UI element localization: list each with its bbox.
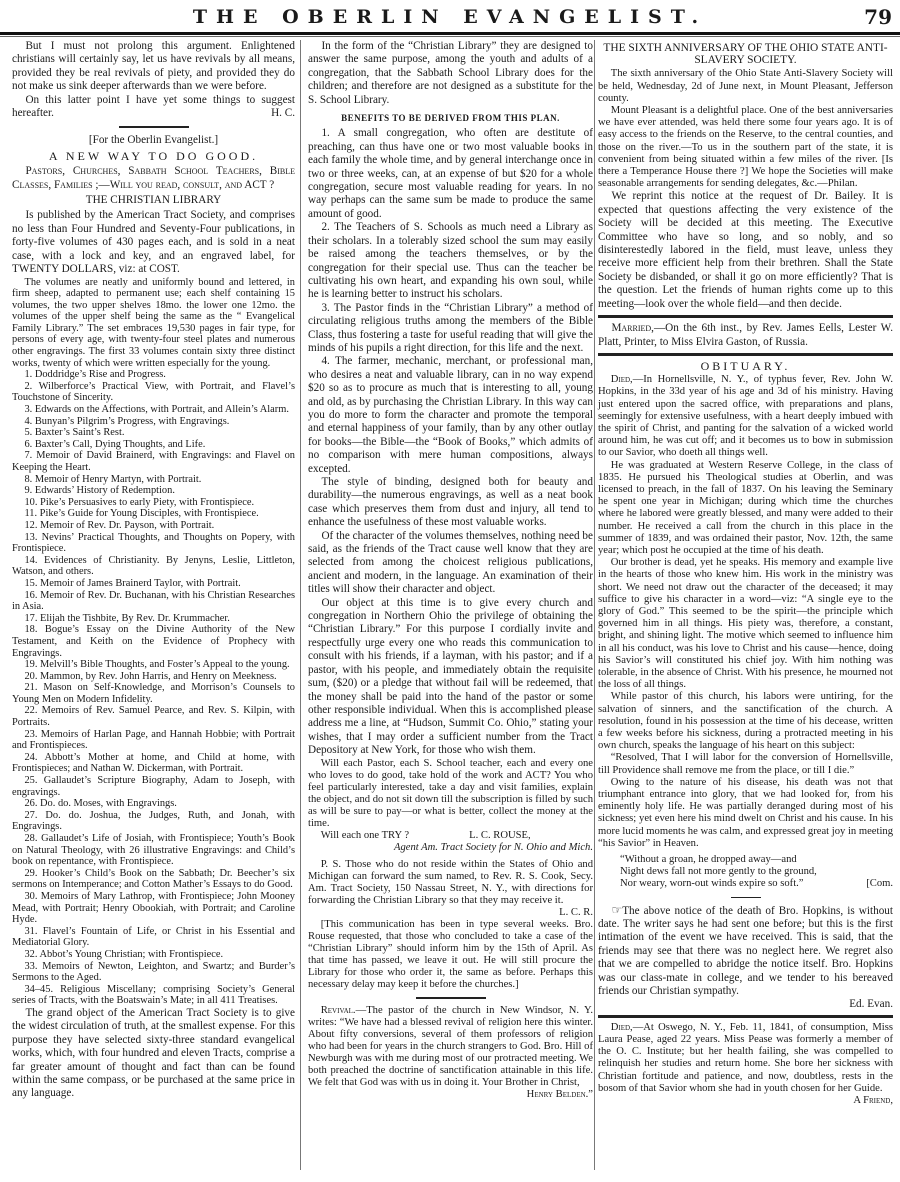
book-list-item: 28. Gallaudet’s Life of Josiah, with Fro… [12,833,295,868]
masthead-rule-thin [0,36,900,37]
poem-line: Nor weary, worn-out winds expire so soft… [620,878,893,890]
book-list-item: 9. Edwards’ History of Redemption. [12,485,295,497]
poem-quote: “Without a groan, he dropped away—and Ni… [620,854,893,891]
column-3: THE SIXTH ANNIVERSARY OF THE OHIO STATE … [598,40,893,1107]
revival-notice: Revival.—The pastor of the church in New… [308,1005,593,1089]
newspaper-title: THE OBERLIN EVANGELIST. [0,6,900,28]
book-list-item: 21. Mason on Self-Knowledge, and Morriso… [12,682,295,705]
book-list-item: 29. Hooker’s Child’s Book on the Sabbath… [12,868,295,891]
article-paragraph: Of the character of the volumes themselv… [308,530,593,597]
section-rule [598,353,893,356]
try-line: Will each one TRY ?L. C. ROUSE, [308,830,593,842]
poem-credit: [Com. [866,878,893,890]
article-paragraph: The grand object of the American Tract S… [12,1007,295,1101]
book-list-item: 31. Flavel’s Fountain of Life, or Christ… [12,926,295,949]
signature: Henry Belden.” [308,1089,593,1101]
section-rule [416,997,486,999]
obituary-paragraph: Our brother is dead, yet he speaks. His … [598,557,893,691]
book-list-item: 19. Melvill’s Bible Thoughts, and Foster… [12,659,295,671]
poem-line: Night dews fall not more gently to the g… [620,866,893,878]
signature: L. C. R. [308,907,593,919]
marriage-notice: Married,—On the 6th inst., by Rev. James… [598,322,893,349]
book-list-item: 23. Memoirs of Harlan Page, and Hannah H… [12,729,295,752]
column-divider [300,40,301,1170]
book-list-item: 22. Memoirs of Rev. Samuel Pearce, and R… [12,705,295,728]
article-headline: A NEW WAY TO DO GOOD. [12,150,295,163]
book-list-item: 26. Do. do. Moses, with Engravings. [12,798,295,810]
obituary-paragraph: He was graduated at Western Reserve Coll… [598,460,893,558]
obituary-heading: OBITUARY. [598,360,893,372]
poem-line: “Without a groan, he dropped away—and [620,854,893,866]
book-list-item: 18. Bogue’s Essay on the Divine Authorit… [12,624,295,659]
section-rule [598,315,893,318]
pointing-hand-icon: ☞ [611,903,622,917]
book-list-item: 27. Do. do. Joshua, the Judges, Ruth, an… [12,810,295,833]
book-list-item: 24. Abbott’s Mother at home, and Child a… [12,752,295,775]
section-rule [119,126,189,128]
obituary-paragraph: Owing to the nature of his disease, his … [598,777,893,850]
book-list-item: 16. Memoir of Rev. Dr. Buchanan, with hi… [12,590,295,613]
book-list-item: 1. Doddridge’s Rise and Progress. [12,369,295,381]
article-paragraph: Mount Pleasant is a delightful place. On… [598,105,893,190]
article-paragraph: The sixth anniversary of the Ohio State … [598,68,893,105]
book-list-item: 12. Memoir of Rev. Dr. Payson, with Port… [12,520,295,532]
book-list-item: 8. Memoir of Henry Martyn, with Portrait… [12,474,295,486]
book-list-item: 10. Pike’s Persuasives to early Piety, w… [12,497,295,509]
column-1: But I must not prolong this argument. En… [12,40,295,1101]
benefit-item: 1. A small congregation, who often are d… [308,127,593,221]
obituary-paragraph: “Resolved, That I will labor for the con… [598,752,893,776]
section-rule [731,897,761,898]
section-rule [598,1015,893,1018]
article-paragraph: But I must not prolong this argument. En… [12,40,295,94]
column-2: In the form of the “Christian Library” t… [308,40,593,1101]
book-list-item: 5. Baxter’s Saint’s Rest. [12,427,295,439]
signer-name: L. C. ROUSE, [469,830,531,841]
editor-note: ☞The above notice of the death of Bro. H… [598,904,893,999]
book-list-item: 14. Evidences of Christianity. By Jenyns… [12,555,295,578]
benefit-item: 4. The farmer, mechanic, merchant, or pr… [308,355,593,476]
death-notice: Died,—At Oswego, N. Y., Feb. 11, 1841, o… [598,1022,893,1095]
obituary-paragraph: While pastor of this church, his labors … [598,691,893,752]
column-divider [594,40,595,1170]
postscript: P. S. Those who do not reside within the… [308,859,593,907]
masthead-rule [0,32,900,35]
book-list-item: 2. Wilberforce’s Practical View, with Po… [12,381,295,404]
masthead: THE OBERLIN EVANGELIST. 79 [0,0,900,34]
signature: H. C. [258,107,295,120]
book-list-item: 13. Nevins’ Practical Thoughts, and Thou… [12,532,295,555]
page-number: 79 [864,5,892,29]
attribution-line: [For the Oberlin Evangelist.] [12,134,295,147]
book-list-item: 15. Memoir of James Brainerd Taylor, wit… [12,578,295,590]
article-paragraph: Will each Pastor, each S. School teacher… [308,758,593,830]
book-list-item: 11. Pike’s Guide for Young Disciples, wi… [12,508,295,520]
obituary-paragraph: Died,—In Hornellsville, N. Y., of typhus… [598,374,893,459]
book-list-item: 3. Edwards on the Affections, with Portr… [12,404,295,416]
article-subhead: THE CHRISTIAN LIBRARY [12,194,295,207]
book-list-item: 17. Elijah the Tishbite, By Rev. Dr. Kru… [12,613,295,625]
section-heading: BENEFITS TO BE DERIVED FROM THIS PLAN. [308,112,593,125]
book-list-item: 6. Baxter’s Call, Dying Thoughts, and Li… [12,439,295,451]
signature: Ed. Evan. [598,998,893,1010]
editor-note: [This communication has been in type sev… [308,919,593,991]
book-list-item: 7. Memoir of David Brainerd, with Engrav… [12,450,295,473]
book-list-item: 4. Bunyan’s Pilgrim’s Progress, with Eng… [12,416,295,428]
book-list-item: 30. Memoirs of Mary Lathrop, with Fronti… [12,891,295,926]
benefit-item: 3. The Pastor finds in the “Christian Li… [308,302,593,356]
signature: A Friend, [598,1095,893,1107]
book-list-item: 34–45. Religious Miscellany; comprising … [12,984,295,1007]
article-paragraph: On this latter point I have yet some thi… [12,94,295,121]
book-list-item: 33. Memoirs of Newton, Leighton, and Swa… [12,961,295,984]
book-list-item: 20. Mammon, by Rev. John Harris, and Hen… [12,671,295,683]
address-line: Pastors, Churches, Sabbath School Teache… [12,165,295,192]
article-paragraph: The style of binding, designed both for … [308,476,593,530]
article-paragraph: Is published by the American Tract Socie… [12,209,295,276]
article-paragraph: We reprint this notice at the request of… [598,190,893,311]
article-paragraph: Our object at this time is to give every… [308,597,593,758]
article-paragraph: The volumes are neatly and uniformly bou… [12,277,295,370]
article-paragraph: In the form of the “Christian Library” t… [308,40,593,107]
benefit-item: 2. The Teachers of S. Schools as much ne… [308,221,593,301]
book-list-item: 25. Gallaudet’s Scripture Biography, Ada… [12,775,295,798]
signer-title: Agent Am. Tract Society for N. Ohio and … [308,842,593,854]
article-headline: THE SIXTH ANNIVERSARY OF THE OHIO STATE … [598,42,893,66]
book-list-item: 32. Abbot’s Young Christian; with Fronti… [12,949,295,961]
